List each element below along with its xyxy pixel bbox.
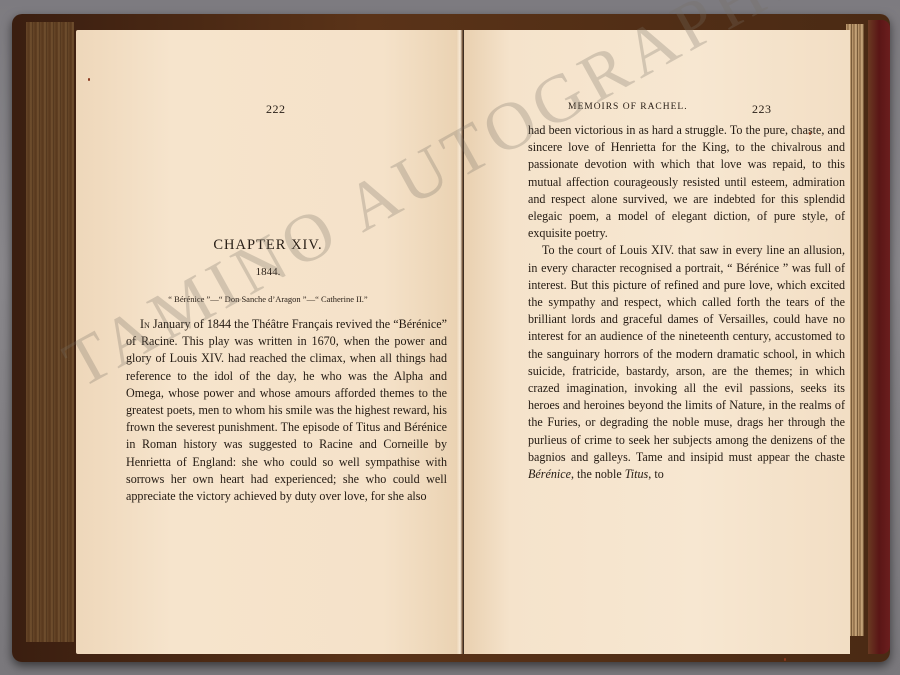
paragraph-text: , the noble: [571, 467, 625, 481]
italic-name: Titus: [625, 467, 649, 481]
paragraph-text: To the court of Louis XIV. that saw in e…: [528, 243, 845, 463]
running-head: MEMOIRS OF RACHEL.: [568, 102, 688, 112]
chapter-subtitle: “ Bérénice ”—“ Don Sanche d’Aragon ”—“ C…: [76, 294, 460, 304]
book-cover-right-edge: [868, 20, 890, 654]
paper-speck: [784, 658, 786, 661]
body-text: had been victorious in as hard a struggl…: [528, 122, 845, 483]
paper-speck: [809, 132, 811, 135]
left-page: 222 CHAPTER XIV. 1844. “ Bérénice ”—“ Do…: [76, 30, 460, 654]
paragraph: To the court of Louis XIV. that saw in e…: [528, 242, 845, 483]
page-number: 223: [752, 102, 772, 117]
paper-speck: [88, 78, 90, 81]
paragraph-text: January of 1844 the Théâtre Français rev…: [126, 317, 447, 503]
paragraph: In January of 1844 the Théâtre Français …: [126, 316, 447, 505]
dropcap-word: In: [140, 317, 150, 331]
page-number: 222: [266, 102, 286, 117]
chapter-year: 1844.: [76, 266, 460, 278]
right-page: MEMOIRS OF RACHEL. 223 had been victorio…: [464, 30, 850, 654]
chapter-title: CHAPTER XIV.: [76, 237, 460, 254]
paragraph-text: , to: [648, 467, 663, 481]
body-text: In January of 1844 the Théâtre Français …: [126, 316, 447, 505]
paragraph: had been victorious in as hard a struggl…: [528, 122, 845, 242]
page-block-left-edge: [26, 22, 74, 642]
italic-title: Bérénice: [528, 467, 571, 481]
